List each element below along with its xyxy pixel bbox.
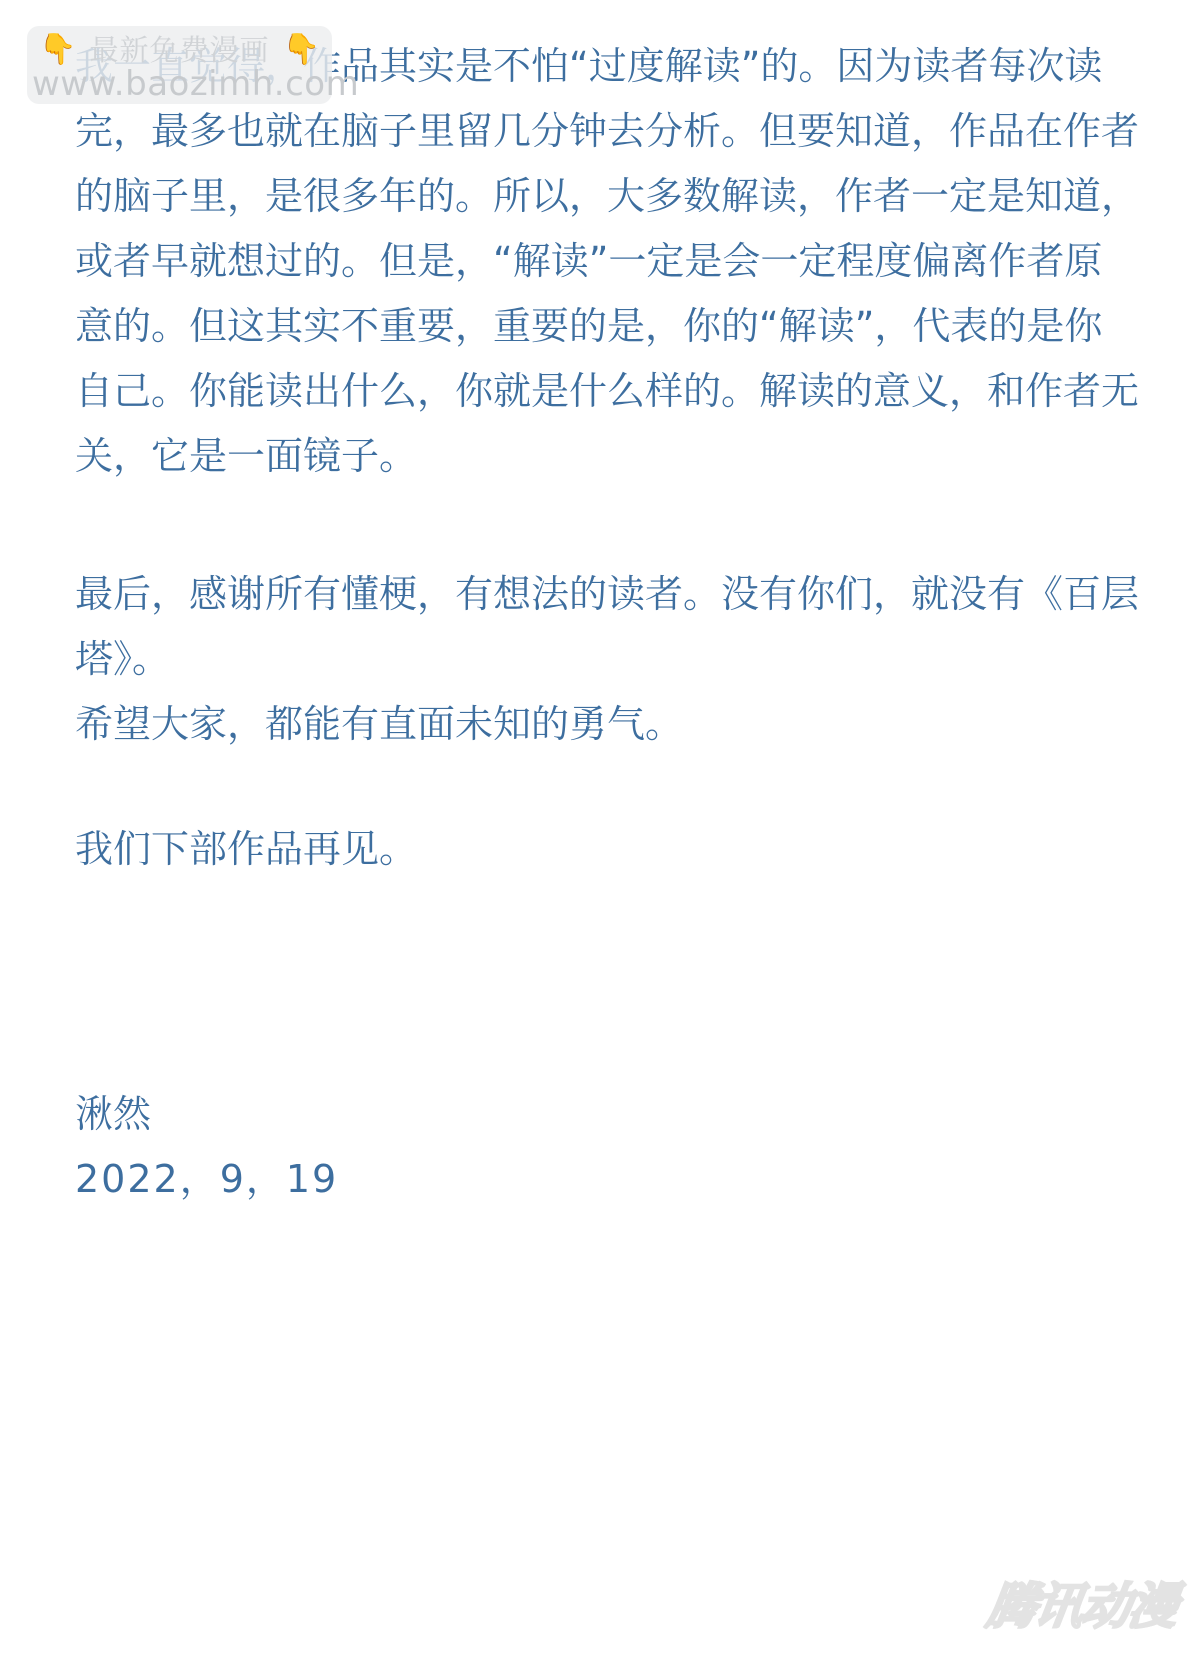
text-line: 最后，感谢所有懂梗，有想法的读者。没有你们，就没有《百层 bbox=[75, 562, 1145, 627]
afterword-paragraph-2: 最后，感谢所有懂梗，有想法的读者。没有你们，就没有《百层 塔》。 希望大家，都能… bbox=[75, 562, 1145, 757]
watermark-badge: 👇 最新免费漫画 👇 www.baozimh.com bbox=[27, 26, 332, 104]
text-line: 或者早就想过的。但是，“解读”一定是会一定程度偏离作者原 bbox=[75, 229, 1145, 294]
watermark-url: www.baozimh.com bbox=[32, 64, 359, 104]
text-line: 意的。但这其实不重要，重要的是，你的“解读”，代表的是你 bbox=[75, 294, 1145, 359]
text-line: 自己。你能读出什么，你就是什么样的。解读的意义，和作者无 bbox=[75, 359, 1145, 424]
text-line: 希望大家，都能有直面未知的勇气。 bbox=[75, 692, 1145, 757]
text-line: 我们下部作品再见。 bbox=[75, 817, 1145, 882]
tencent-anime-logo: 腾讯动漫 bbox=[983, 1568, 1181, 1638]
afterword-text: 我一直觉得，作品其实是不怕“过度解读”的。因为读者每次读 完，最多也就在脑子里留… bbox=[75, 34, 1145, 1212]
signature-date: 2022，9，19 bbox=[75, 1147, 1145, 1212]
text-line: 关，它是一面镜子。 bbox=[75, 424, 1145, 489]
text-line: 的脑子里，是很多年的。所以，大多数解读，作者一定是知道， bbox=[75, 164, 1145, 229]
text-line: 完，最多也就在脑子里留几分钟去分析。但要知道，作品在作者 bbox=[75, 99, 1145, 164]
comic-afterword-page: 我一直觉得，作品其实是不怕“过度解读”的。因为读者每次读 完，最多也就在脑子里留… bbox=[0, 0, 1200, 1654]
afterword-paragraph-3: 我们下部作品再见。 bbox=[75, 817, 1145, 882]
author-signature: 湫然 bbox=[75, 1082, 1145, 1147]
signature-block: 湫然 2022，9，19 bbox=[75, 1082, 1145, 1212]
text-line: 塔》。 bbox=[75, 627, 1145, 692]
